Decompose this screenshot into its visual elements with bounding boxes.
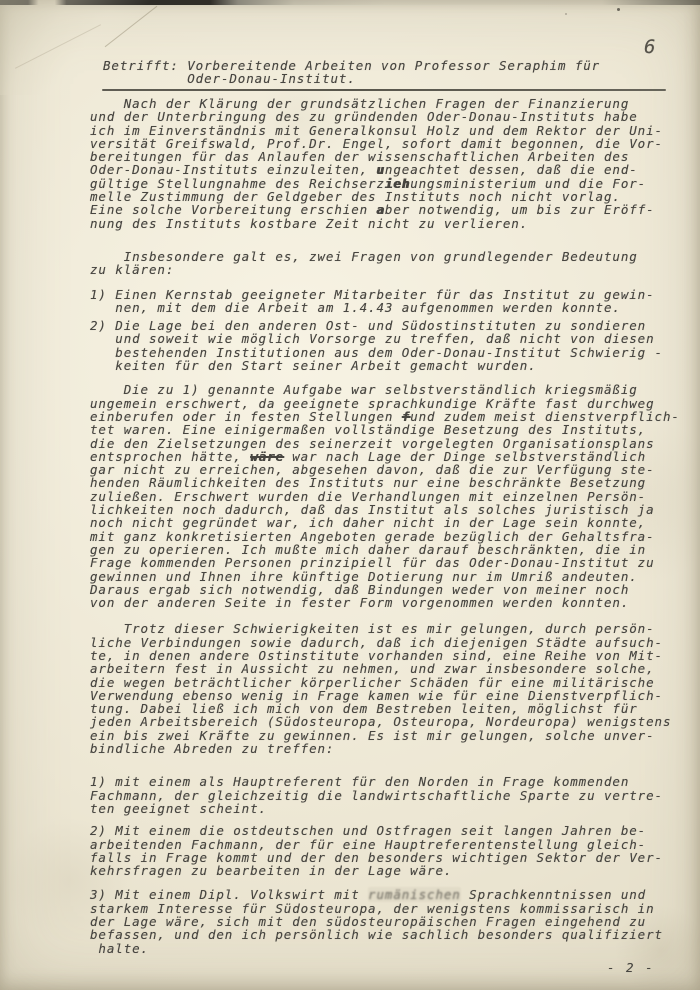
abrede-1: 1) mit einem als Hauptreferent für den N…	[90, 775, 690, 815]
text-line: melle Zustimmung der Geldgeber des Insti…	[90, 190, 690, 203]
text-line: die wegen beträchtlicher körperlicher Sc…	[90, 676, 690, 689]
text-line: starkem Interesse für Südosteuropa, der …	[90, 902, 690, 915]
abrede-3: 3) Mit einem Dipl. Volkswirt mit rumänis…	[90, 888, 690, 954]
list-item-1: 1) Einen Kernstab geeigneter Mitarbeiter…	[90, 288, 690, 315]
text-line: 3) Mit einem Dipl. Volkswirt mit rumänis…	[90, 888, 690, 901]
document-body: Nach der Klärung der grundsätzlichen Fra…	[90, 97, 690, 955]
text-line: Oder-Donau-Instituts einzuleiten, ungeac…	[90, 163, 690, 176]
list-item-2: 2) Die Lage bei den anderen Ost- und Süd…	[90, 319, 690, 372]
text-line: noch nicht gegründet war, ich daher nich…	[90, 516, 690, 529]
text-line: von der anderen Seite in fester Form vor…	[90, 596, 690, 609]
text-line: die den Zielsetzungen des seinerzeit vor…	[90, 437, 690, 450]
crease-line	[15, 24, 101, 68]
text-segment: ten geeignet scheint.	[90, 801, 267, 816]
text-line: Daraus ergab sich notwendig, daß Bindung…	[90, 583, 690, 596]
text-line: bindliche Abreden zu treffen:	[90, 742, 690, 755]
text-line: te, in denen andere Ostinstitute vorhand…	[90, 649, 690, 662]
text-line: der Lage wäre, sich mit den südosteuropä…	[90, 915, 690, 928]
text-segment: von der anderen Seite in fester Form vor…	[90, 595, 629, 610]
text-line: ich im Einverständnis mit Generalkonsul …	[90, 124, 690, 137]
text-line: gen zu operieren. Ich mußte mich daher d…	[90, 543, 690, 556]
text-line: Trotz dieser Schwierigkeiten ist es mir …	[90, 622, 690, 635]
text-line: ungemein erschwert, da geeignete sprachk…	[90, 397, 690, 410]
text-line: arbeitenden Fachmann, der für eine Haupt…	[90, 838, 690, 851]
footer-page-number: - 2 -	[607, 960, 655, 975]
text-line: gewinnen und Ihnen ihre künftige Dotieru…	[90, 570, 690, 583]
text-segment: nung des Instituts kostbare Zeit nicht z…	[90, 216, 528, 231]
text-line: 2) Mit einem die ostdeutschen und Ostfra…	[90, 824, 690, 837]
text-line: Fachmann, der gleichzeitig die landwirts…	[90, 789, 690, 802]
text-line: mit ganz konkretisierten Angeboten gerad…	[90, 530, 690, 543]
text-segment: bindliche Abreden zu treffen:	[90, 741, 334, 756]
text-segment: rumänischen	[368, 887, 461, 902]
text-segment: kehrsfragen zu bearbeiten in der Lage wä…	[90, 863, 452, 878]
text-line: bereitungen für das Anlaufen der wissens…	[90, 150, 690, 163]
text-line: befassen, und den ich persönlich wie sac…	[90, 928, 690, 941]
heading-underline	[102, 89, 666, 91]
text-line: keiten für den Start seiner Arbeit gemac…	[90, 359, 690, 372]
text-line: ein bis zwei Kräfte zu gewinnen. Es ist …	[90, 729, 690, 742]
text-line: und der Unterbringung des zu gründenden …	[90, 110, 690, 123]
text-line: Verwendung ebenso wenig in Frage kamen w…	[90, 689, 690, 702]
text-line: 1) Einen Kernstab geeigneter Mitarbeiter…	[90, 288, 690, 301]
text-line: jeden Arbeitsbereich (Südosteuropa, Oste…	[90, 715, 690, 728]
text-line: tet waren. Eine einigermaßen vollständig…	[90, 423, 690, 436]
text-segment: zu klären:	[90, 262, 174, 277]
text-segment: halte.	[90, 941, 149, 956]
text-line: zu klären:	[90, 263, 690, 276]
text-line: versität Greifswald, Prof.Dr. Engel, sof…	[90, 137, 690, 150]
paragraph-finanzierung: Nach der Klärung der grundsätzlichen Fra…	[90, 97, 690, 230]
text-line: liche Verbindungen sowie dadurch, daß ic…	[90, 636, 690, 649]
text-line: Insbesondere galt es, zwei Fragen von gr…	[90, 250, 690, 263]
text-segment: keiten für den Start seiner Arbeit gemac…	[90, 358, 537, 373]
paragraph-zwei-fragen: Insbesondere galt es, zwei Fragen von gr…	[90, 250, 690, 277]
text-line: Die zu 1) genannte Aufgabe war selbstver…	[90, 383, 690, 396]
text-line: Oder-Donau-Institut.	[103, 72, 600, 85]
paragraph-mitarbeiter: Trotz dieser Schwierigkeiten ist es mir …	[90, 622, 690, 755]
text-line: 1) mit einem als Hauptreferent für den N…	[90, 775, 690, 788]
text-line: Frage kommenden Personen prinzipiell für…	[90, 556, 690, 569]
text-line: lichkeiten noch dadurch, daß das Institu…	[90, 503, 690, 516]
text-line: einberufen oder in festen Stellungen fun…	[90, 410, 690, 423]
text-line: Betrifft: Vorbereitende Arbeiten von Pro…	[103, 59, 600, 72]
text-line: und soweit wie möglich Vorsorge zu treff…	[90, 332, 690, 345]
scan-edge	[0, 0, 700, 5]
paragraph-aufgabe-eins: Die zu 1) genannte Aufgabe war selbstver…	[90, 383, 690, 609]
text-line: nen, mit dem die Arbeit am 1.4.43 aufgen…	[90, 301, 690, 314]
text-segment: nen, mit dem die Arbeit am 1.4.43 aufgen…	[90, 300, 621, 315]
subject-heading: Betrifft: Vorbereitende Arbeiten von Pro…	[103, 59, 600, 86]
text-line: bestehenden Institutionen aus dem Oder-D…	[90, 346, 690, 359]
text-line: arbeitern fest in Aussicht zu nehmen, un…	[90, 662, 690, 675]
text-line: zuließen. Erschwert wurden die Verhandlu…	[90, 490, 690, 503]
text-line: ten geeignet scheint.	[90, 802, 690, 815]
text-segment: befassen, und den ich persönlich wie sac…	[90, 927, 663, 942]
text-line: entsprochen hätte, wäre war nach Lage de…	[90, 450, 690, 463]
text-line: tung. Dabei ließ ich mich von dem Bestre…	[90, 702, 690, 715]
ink-speck	[617, 8, 620, 11]
text-line: nung des Instituts kostbare Zeit nicht z…	[90, 217, 690, 230]
page-number: 6	[644, 36, 656, 58]
ink-speck	[565, 13, 567, 15]
text-line: falls in Frage kommt und der den besonde…	[90, 851, 690, 864]
text-segment: Oder-Donau-Institut.	[103, 71, 356, 86]
abrede-2: 2) Mit einem die ostdeutschen und Ostfra…	[90, 824, 690, 877]
text-line: Eine solche Vorbereitung erschien aber n…	[90, 203, 690, 216]
text-line: henden Räumlichkeiten des Instituts nur …	[90, 476, 690, 489]
text-line: gültige Stellungnahme des Reichserziehun…	[90, 177, 690, 190]
text-line: 2) Die Lage bei den anderen Ost- und Süd…	[90, 319, 690, 332]
text-line: halte.	[90, 942, 690, 955]
text-line: kehrsfragen zu bearbeiten in der Lage wä…	[90, 864, 690, 877]
scanned-page: 6 Betrifft: Vorbereitende Arbeiten von P…	[0, 0, 700, 990]
crease-line	[105, 6, 158, 47]
text-line: Nach der Klärung der grundsätzlichen Fra…	[90, 97, 690, 110]
text-line: gar nicht zu erreichen, abgesehen davon,…	[90, 463, 690, 476]
